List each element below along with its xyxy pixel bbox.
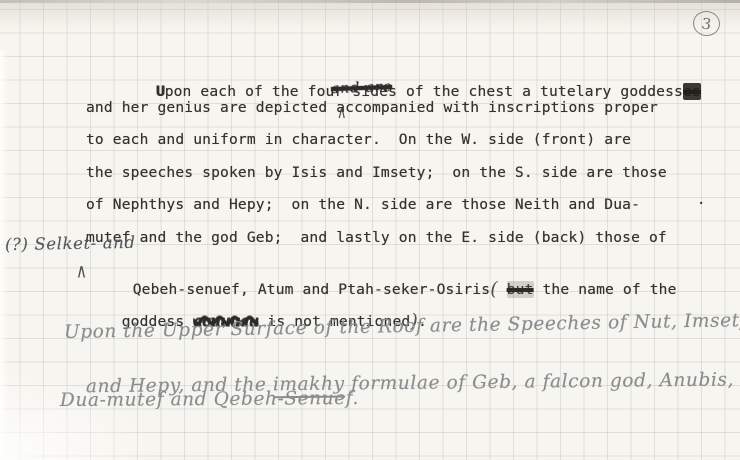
pencil-open-paren: ( <box>490 278 498 300</box>
margin-note-caret: ∧ <box>76 259 87 282</box>
typed-line-7-tail: the name of the <box>534 281 677 298</box>
struck-out-insertion: and are <box>331 79 393 97</box>
handwritten-line-2-post: formulae of Geb, a falcon god, Anubis, <box>345 369 735 394</box>
typed-strikeout-suffix: es <box>683 83 701 100</box>
page-number-circled: 3 <box>691 9 721 38</box>
typed-line-4: the speeches spoken by Isis and Imsety; … <box>86 164 667 181</box>
typed-line-3: to each and uniform in character. On the… <box>86 131 631 148</box>
paper-left-edge <box>0 50 9 460</box>
margin-note: (?) Selket- and <box>5 233 136 254</box>
typed-line-2: and her genius are depicted accompanied … <box>86 99 658 116</box>
typed-line-5: of Nephthys and Hepy; on the N. side are… <box>86 196 640 213</box>
paper-aging-band <box>0 0 740 34</box>
handwritten-line-3: Dua-mutef and Qebeh-Senuef. <box>60 388 359 411</box>
overstruck-capital: U <box>156 83 165 100</box>
manuscript-page: 3 Upon each of the four sides of the che… <box>0 0 740 460</box>
typed-line-6: mutef and the god Geb; and lastly on the… <box>86 229 667 246</box>
struck-word-but: but <box>507 281 534 298</box>
typed-line-1-text: pon each of the four sides of the chest … <box>165 83 683 100</box>
page-number-value: 3 <box>701 14 713 33</box>
stray-period: . <box>697 192 706 208</box>
paper-top-edge <box>0 0 740 3</box>
